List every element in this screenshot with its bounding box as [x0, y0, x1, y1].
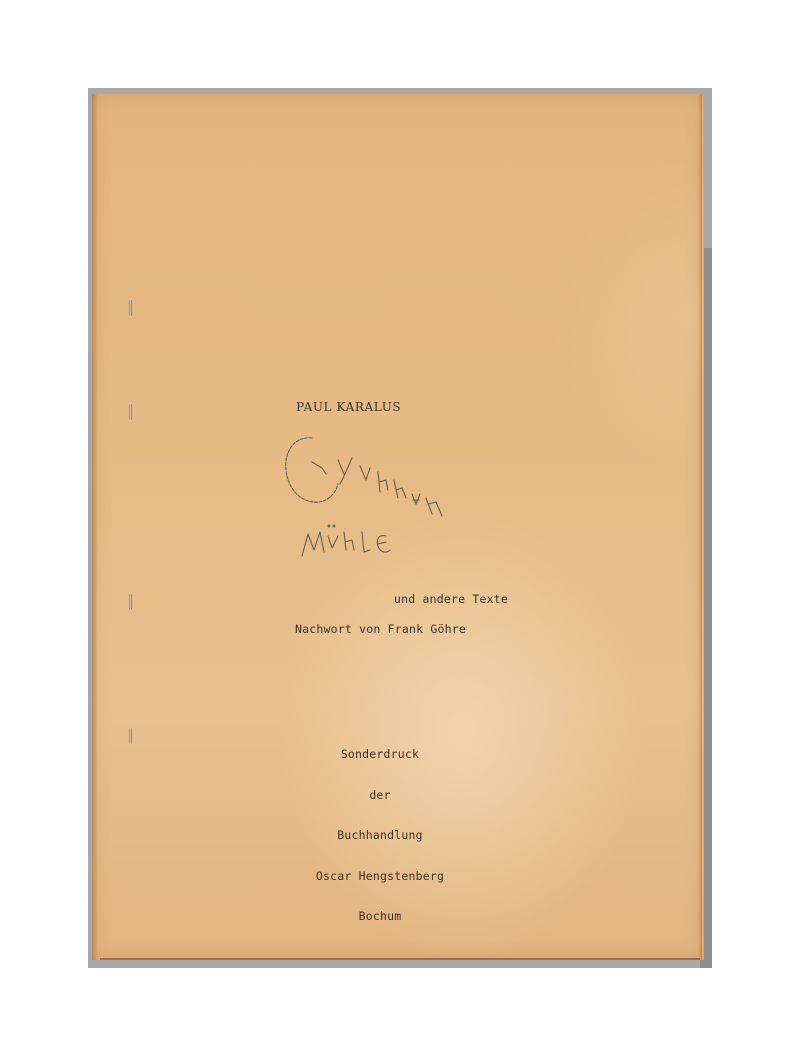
subtitle: und andere Texte: [394, 592, 508, 606]
imprint-line: Buchhandlung: [300, 829, 460, 843]
staple-icon: [129, 300, 132, 316]
handwritten-title: Gyvhhan Mühle: [282, 432, 462, 562]
imprint-line: der: [300, 789, 460, 803]
staple-icon: [129, 404, 132, 420]
imprint-line: Sonderdruck: [300, 748, 460, 762]
staple-icon: [129, 594, 132, 610]
publisher-imprint: Sonderdruck der Buchhandlung Oscar Hengs…: [300, 721, 460, 951]
imprint-line: Oscar Hengstenberg: [300, 870, 460, 884]
afterword-credit: Nachwort von Frank Göhre: [295, 622, 466, 636]
imprint-line: Bochum: [300, 910, 460, 924]
paper-spine-edge: [92, 94, 98, 960]
author-name: PAUL KARALUS: [296, 400, 401, 414]
paper-bottom-edge: [100, 958, 700, 960]
pencil-handwriting-icon: [282, 432, 462, 562]
paper-right-edge: [698, 94, 702, 960]
staple-icon: [129, 728, 132, 744]
document-stage: PAUL KARALUS Gyvhhan Mühle: [0, 0, 800, 1057]
